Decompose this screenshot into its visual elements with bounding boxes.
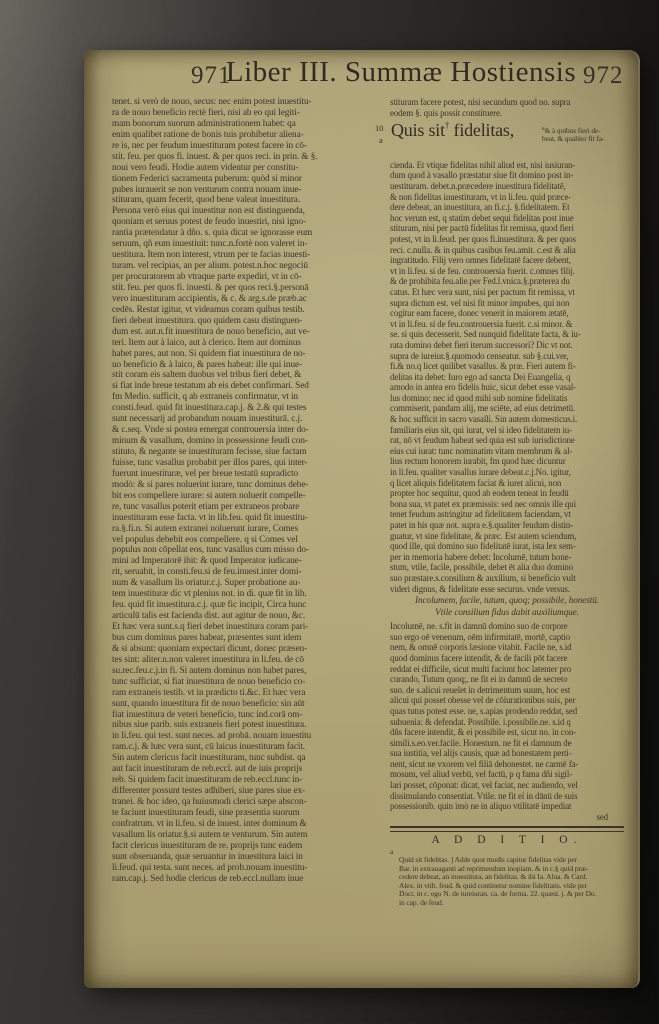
section-heading-side-note: a& à quibus fieri de- beat, & qualiter f…	[542, 125, 624, 144]
text-column-right: stituram facere potest, nisi secundum qu…	[390, 97, 624, 908]
section-margin-letter: a	[379, 135, 383, 146]
catchword: sed	[390, 812, 624, 823]
additio-text: aQuid sit fidelitas. ] Adde quot modis c…	[390, 847, 624, 907]
scanned-page-background: 971 Liber III. Summæ Hostiensis 972 tene…	[0, 0, 659, 1024]
section-margin-number: 10	[375, 123, 383, 134]
running-head: 971 Liber III. Summæ Hostiensis 972	[84, 50, 638, 96]
section-heading-tail: fidelitas,	[449, 120, 514, 140]
text-column-left: tenet. si verò de nouo, secus: nec enim …	[112, 97, 376, 885]
running-title: Liber III. Summæ Hostiensis	[226, 56, 576, 89]
divider-rule	[390, 826, 624, 832]
section-body-text: cienda. Et vtique fidelitas nihil aliud …	[390, 160, 624, 594]
section-heading: 10 a Quis sit† fidelitas, a& à quibus fi…	[390, 120, 624, 160]
book-page: 971 Liber III. Summæ Hostiensis 972 tene…	[84, 50, 640, 988]
section-heading-side-lines: & à quibus fieri de- beat, & qualiter fi…	[542, 126, 604, 143]
verse-couplet: Incolumem, facile, tutum, quoq; possibil…	[390, 596, 624, 619]
section-body-text-2: Incolumē, ne. s.fit in damnū domino suo …	[390, 621, 624, 812]
page-number-right: 972	[583, 62, 624, 90]
column-intro-text: stituram facere potest, nisi secundum qu…	[390, 97, 624, 119]
section-heading-text: Quis sit† fidelitas,	[391, 120, 514, 136]
additio-heading: A D D I T I O.	[390, 835, 624, 846]
additio-note-letter: a	[390, 848, 393, 857]
section-heading-main: Quis sit	[391, 120, 445, 140]
additio-lines: Quid sit fidelitas. ] Adde quot modis ca…	[399, 855, 596, 907]
